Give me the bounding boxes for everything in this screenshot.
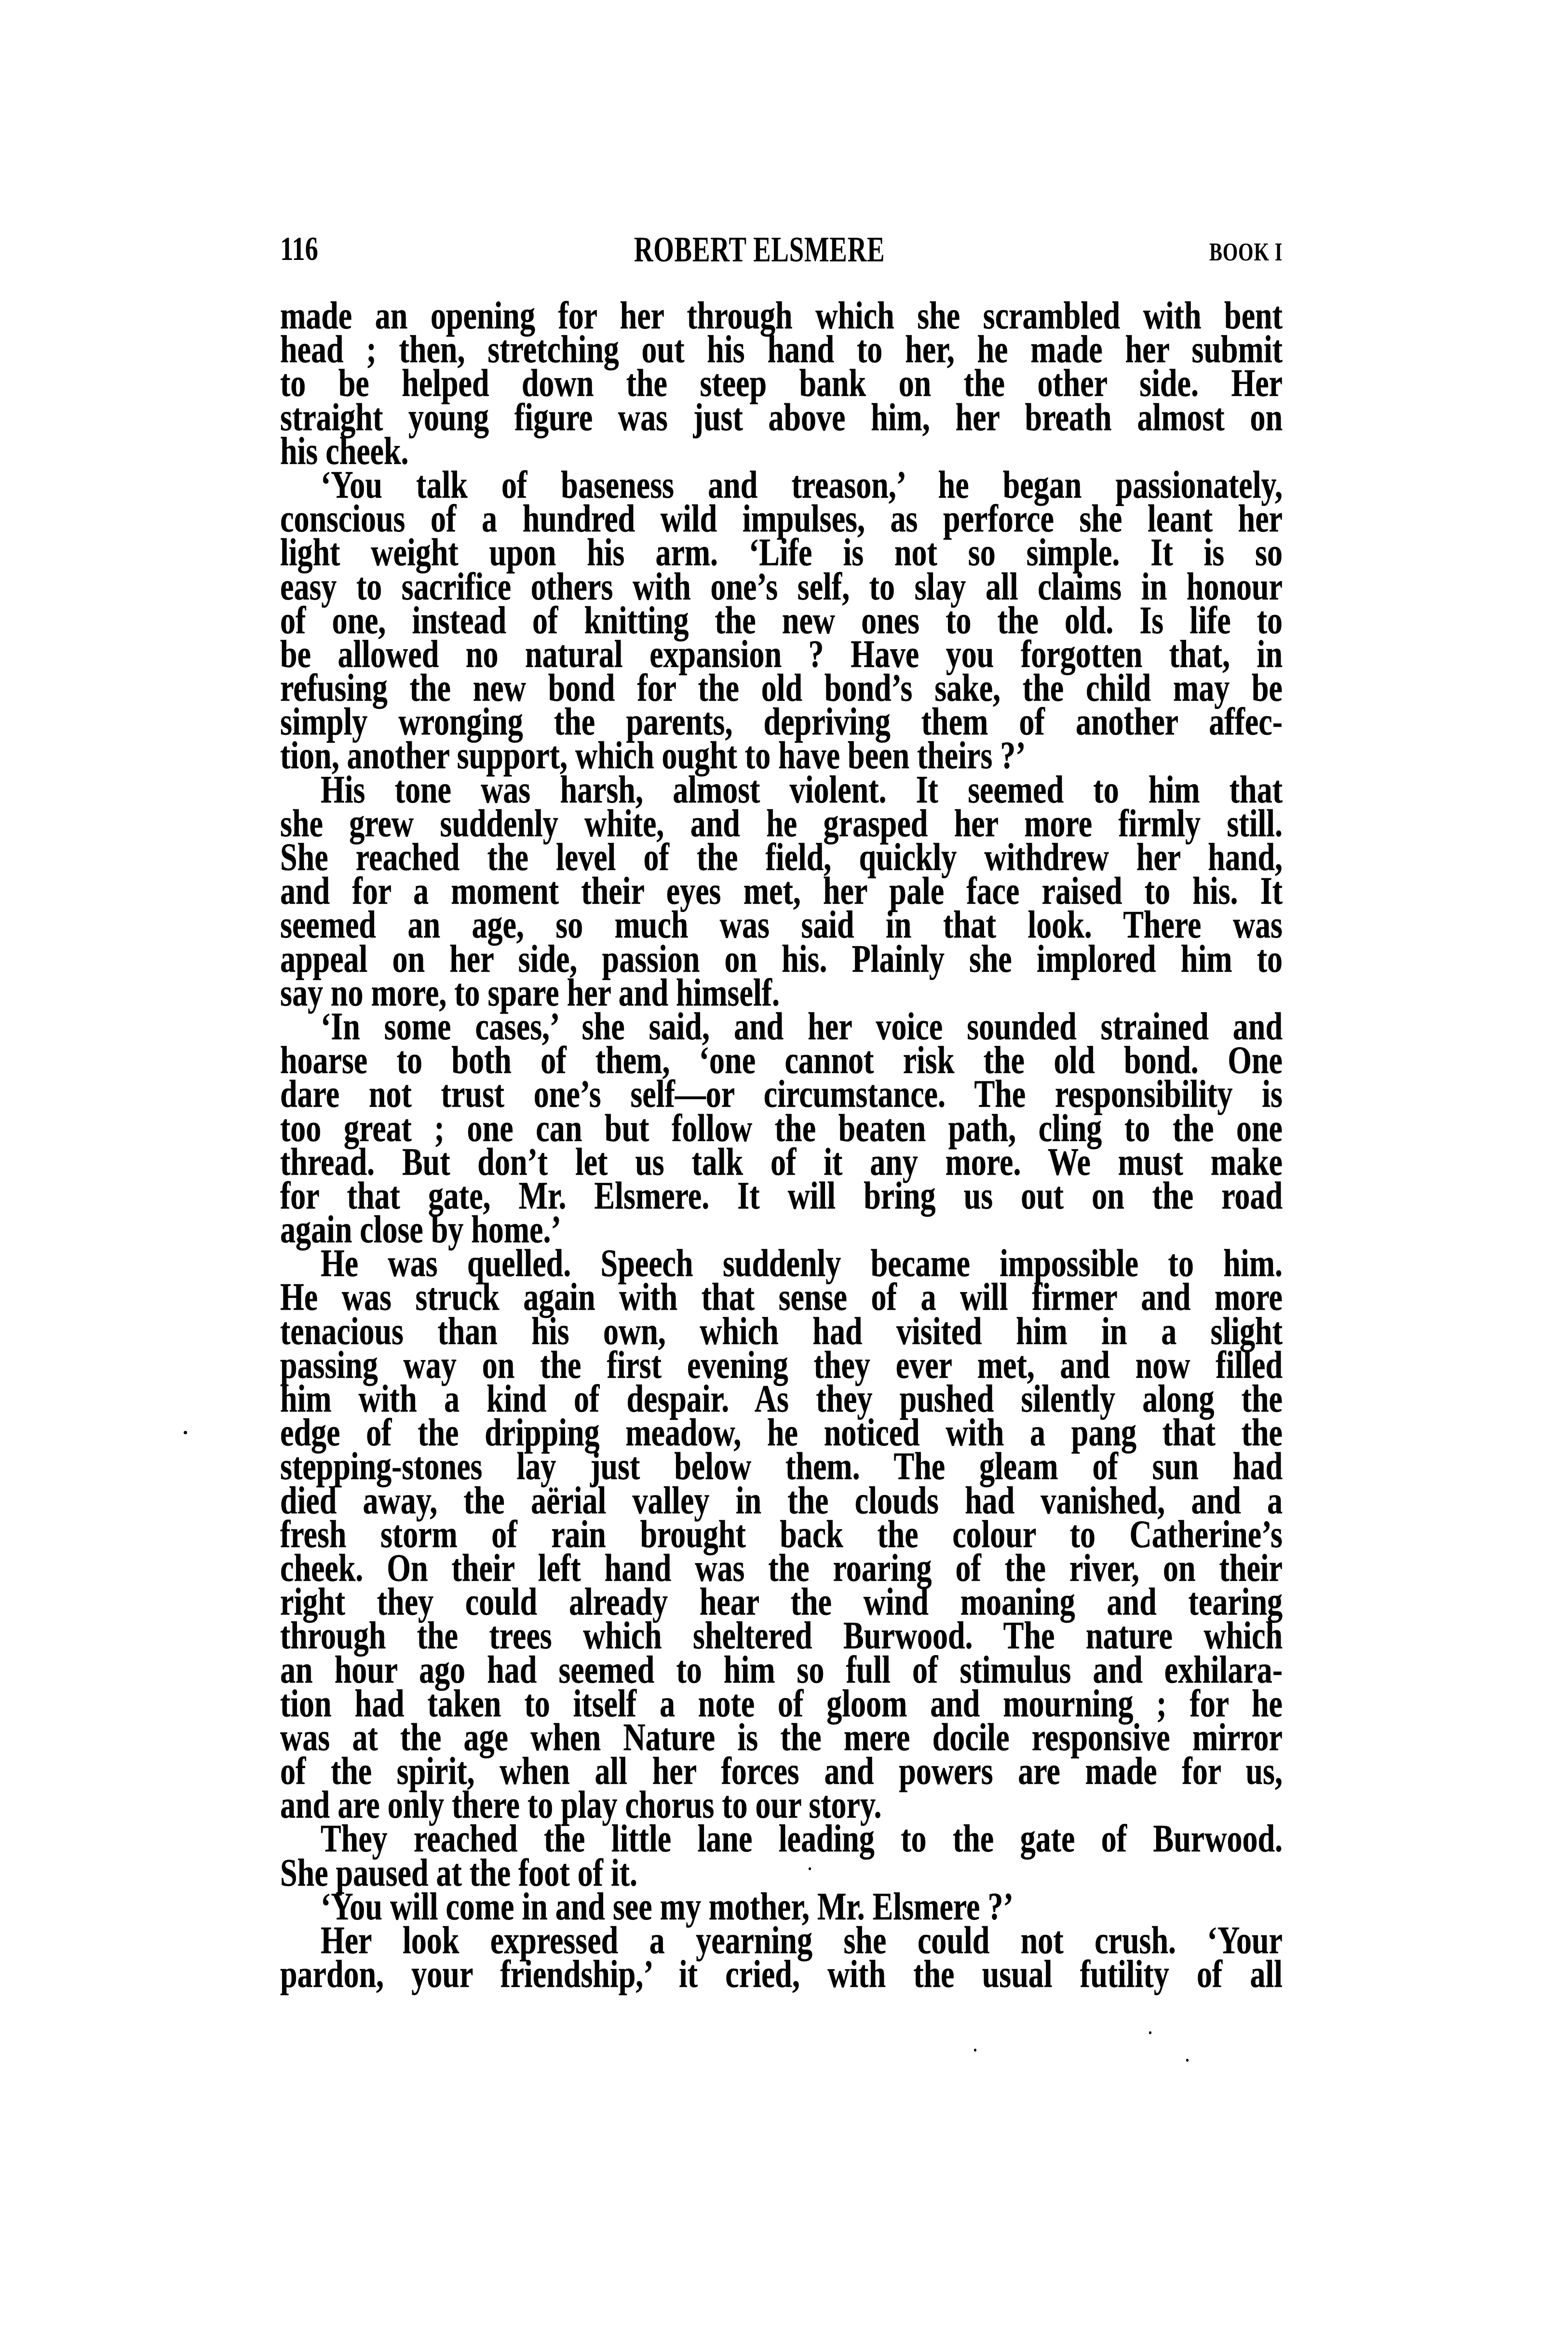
text-line: She reached the level of the field, quic…	[280, 841, 1283, 874]
text-line: head ; then, stretching out his hand to …	[280, 333, 1283, 367]
text-line: appeal on her side, passion on his. Plai…	[280, 942, 1283, 976]
text-line: ‘You will come in and see my mother, Mr.…	[280, 1890, 1283, 1924]
text-line: for that gate, Mr. Elsmere. It will brin…	[280, 1179, 1283, 1213]
scan-speck	[1149, 2031, 1151, 2034]
text-line: His tone was harsh, almost violent. It s…	[280, 773, 1283, 807]
body-text: made an opening for her through which sh…	[280, 299, 1283, 1991]
text-line: Her look expressed a yearning she could …	[280, 1924, 1283, 1958]
text-line: He was quelled. Speech suddenly became i…	[280, 1247, 1283, 1280]
text-line: simply wronging the parents, depriving t…	[280, 705, 1283, 739]
text-line: his cheek.	[280, 435, 1283, 468]
text-line: refusing the new bond for the old bond’s…	[280, 671, 1283, 705]
text-line: died away, the aërial valley in the clou…	[280, 1484, 1283, 1518]
text-line: hoarse to both of them, ‘one cannot risk…	[280, 1044, 1283, 1077]
text-line: light weight upon his arm. ‘Life is not …	[280, 536, 1283, 570]
text-line: passing way on the first evening they ev…	[280, 1348, 1283, 1382]
text-line: him with a kind of despair. As they push…	[280, 1382, 1283, 1416]
text-line: of one, instead of knitting the new ones…	[280, 604, 1283, 638]
text-line: she grew suddenly white, and he grasped …	[280, 807, 1283, 841]
text-line: through the trees which sheltered Burwoo…	[280, 1619, 1283, 1653]
text-line: conscious of a hundred wild impulses, as…	[280, 502, 1283, 536]
text-line: made an opening for her through which sh…	[280, 299, 1283, 333]
running-title: ROBERT ELSMERE	[634, 232, 885, 268]
text-line: be allowed no natural expansion ? Have y…	[280, 638, 1283, 671]
text-line: of the spirit, when all her forces and p…	[280, 1754, 1283, 1788]
running-header: 116 ROBERT ELSMERE BOOK I	[280, 227, 1283, 275]
text-line: ‘In some cases,’ she said, and her voice…	[280, 1010, 1283, 1044]
text-line: tion had taken to itself a note of gloom…	[280, 1687, 1283, 1721]
text-line: tion, another support, which ought to ha…	[280, 739, 1283, 773]
book-label: BOOK I	[1209, 240, 1283, 265]
text-line: fresh storm of rain brought back the col…	[280, 1518, 1283, 1551]
text-line: too great ; one can but follow the beate…	[280, 1112, 1283, 1145]
text-line: They reached the little lane leading to …	[280, 1822, 1283, 1856]
scan-speck	[1186, 2059, 1189, 2062]
text-line: and for a moment their eyes met, her pal…	[280, 874, 1283, 908]
text-line: cheek. On their left hand was the roarin…	[280, 1551, 1283, 1585]
text-line: right they could already hear the wind m…	[280, 1585, 1283, 1619]
text-line: ‘You talk of baseness and treason,’ he b…	[280, 468, 1283, 502]
text-line: again close by home.’	[280, 1213, 1283, 1247]
text-line: thread. But don’t let us talk of it any …	[280, 1145, 1283, 1179]
text-line: an hour ago had seemed to him so full of…	[280, 1653, 1283, 1687]
text-line: pardon, your friendship,’ it cried, with…	[280, 1958, 1283, 1991]
text-line: to be helped down the steep bank on the …	[280, 367, 1283, 400]
page-number: 116	[280, 232, 318, 266]
text-line: and are only there to play chorus to our…	[280, 1788, 1283, 1822]
text-line: She paused at the foot of it.	[280, 1856, 1283, 1890]
scan-speck	[809, 1867, 811, 1870]
text-line: straight young figure was just above him…	[280, 401, 1283, 435]
text-line: He was struck again with that sense of a…	[280, 1280, 1283, 1314]
text-line: stepping-stones lay just below them. The…	[280, 1450, 1283, 1483]
text-line: dare not trust one’s self—or circumstanc…	[280, 1077, 1283, 1111]
scan-speck	[974, 2049, 976, 2052]
book-page: 116 ROBERT ELSMERE BOOK I made an openin…	[0, 0, 1568, 2352]
text-line: say no more, to spare her and himself.	[280, 976, 1283, 1010]
text-line: seemed an age, so much was said in that …	[280, 908, 1283, 942]
scan-speck	[184, 1431, 187, 1434]
text-line: edge of the dripping meadow, he noticed …	[280, 1416, 1283, 1450]
text-line: easy to sacrifice others with one’s self…	[280, 570, 1283, 604]
text-line: tenacious than his own, which had visite…	[280, 1315, 1283, 1348]
text-line: was at the age when Nature is the mere d…	[280, 1721, 1283, 1754]
